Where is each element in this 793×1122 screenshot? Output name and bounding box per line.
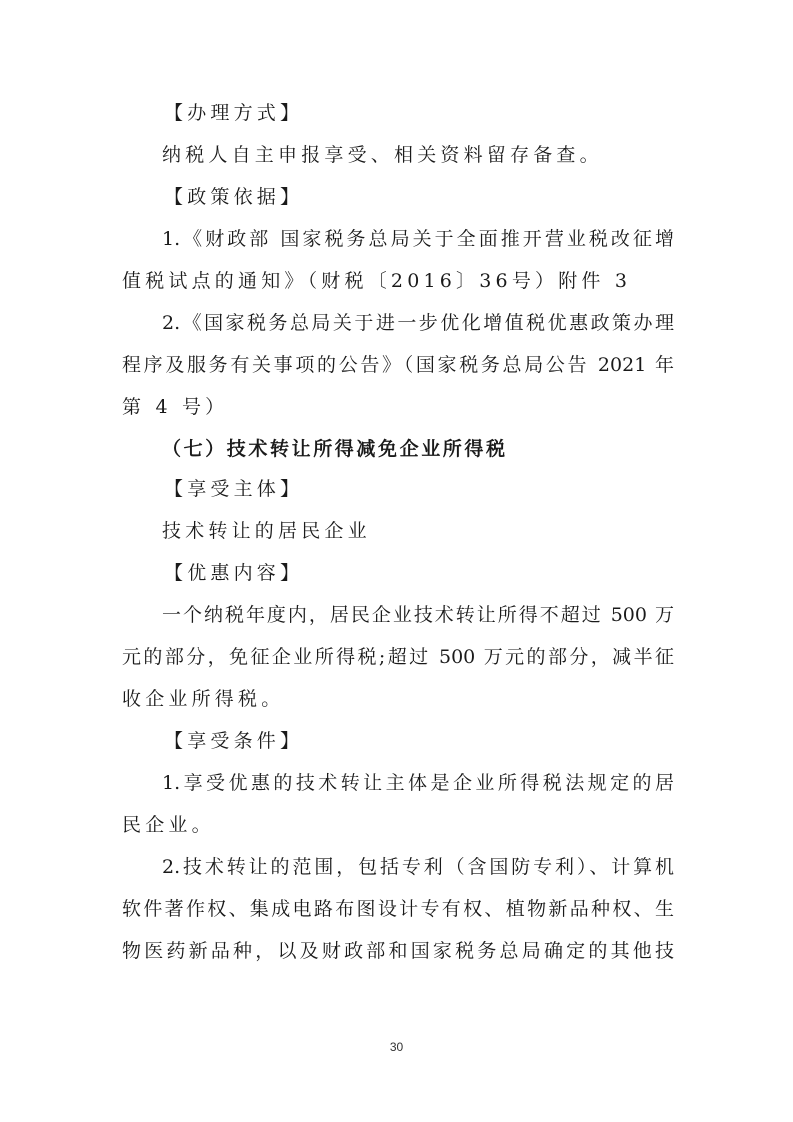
list-item-1: 1.《财政部 国家税务总局关于全面推开营业税改征增 bbox=[162, 226, 674, 252]
body-text: 技术转让的居民企业 bbox=[162, 518, 674, 544]
paragraph: 一个纳税年度内，居民企业技术转让所得不超过 500 万 bbox=[162, 602, 674, 628]
list-item-2-continuation: 软件著作权、集成电路布图设计专有权、植物新品种权、生 bbox=[122, 896, 674, 922]
section-label-handling-method: 【办理方式】 bbox=[164, 100, 716, 126]
page-number: 30 bbox=[0, 1040, 793, 1054]
list-item-2-continuation: 程序及服务有关事项的公告》（国家税务总局公告 2021 年 bbox=[122, 352, 674, 378]
section-label-conditions: 【享受条件】 bbox=[164, 728, 716, 754]
list-item-1-continuation: 民企业。 bbox=[122, 812, 674, 838]
list-item-2-continuation: 第 4 号） bbox=[122, 394, 674, 420]
section-label-beneficiary: 【享受主体】 bbox=[164, 476, 716, 502]
list-item-1: 1.享受优惠的技术转让主体是企业所得税法规定的居 bbox=[162, 770, 674, 796]
list-item-2-continuation: 物医药新品种，以及财政部和国家税务总局确定的其他技 bbox=[122, 938, 674, 964]
list-item-2: 2.技术转让的范围，包括专利（含国防专利）、计算机 bbox=[162, 854, 674, 880]
list-item-1-continuation: 值税试点的通知》（财税〔2016〕36号）附件 3 bbox=[122, 268, 674, 294]
section-label-preferential-content: 【优惠内容】 bbox=[164, 560, 716, 586]
section-heading: （七）技术转让所得减免企业所得税 bbox=[162, 436, 674, 462]
body-text: 纳税人自主申报享受、相关资料留存备查。 bbox=[162, 142, 674, 168]
section-label-policy-basis: 【政策依据】 bbox=[164, 184, 716, 210]
paragraph-continuation: 收企业所得税。 bbox=[122, 686, 674, 712]
list-item-2: 2.《国家税务总局关于进一步优化增值税优惠政策办理 bbox=[162, 310, 674, 336]
paragraph-continuation: 元的部分，免征企业所得税;超过 500 万元的部分，减半征 bbox=[122, 644, 674, 670]
